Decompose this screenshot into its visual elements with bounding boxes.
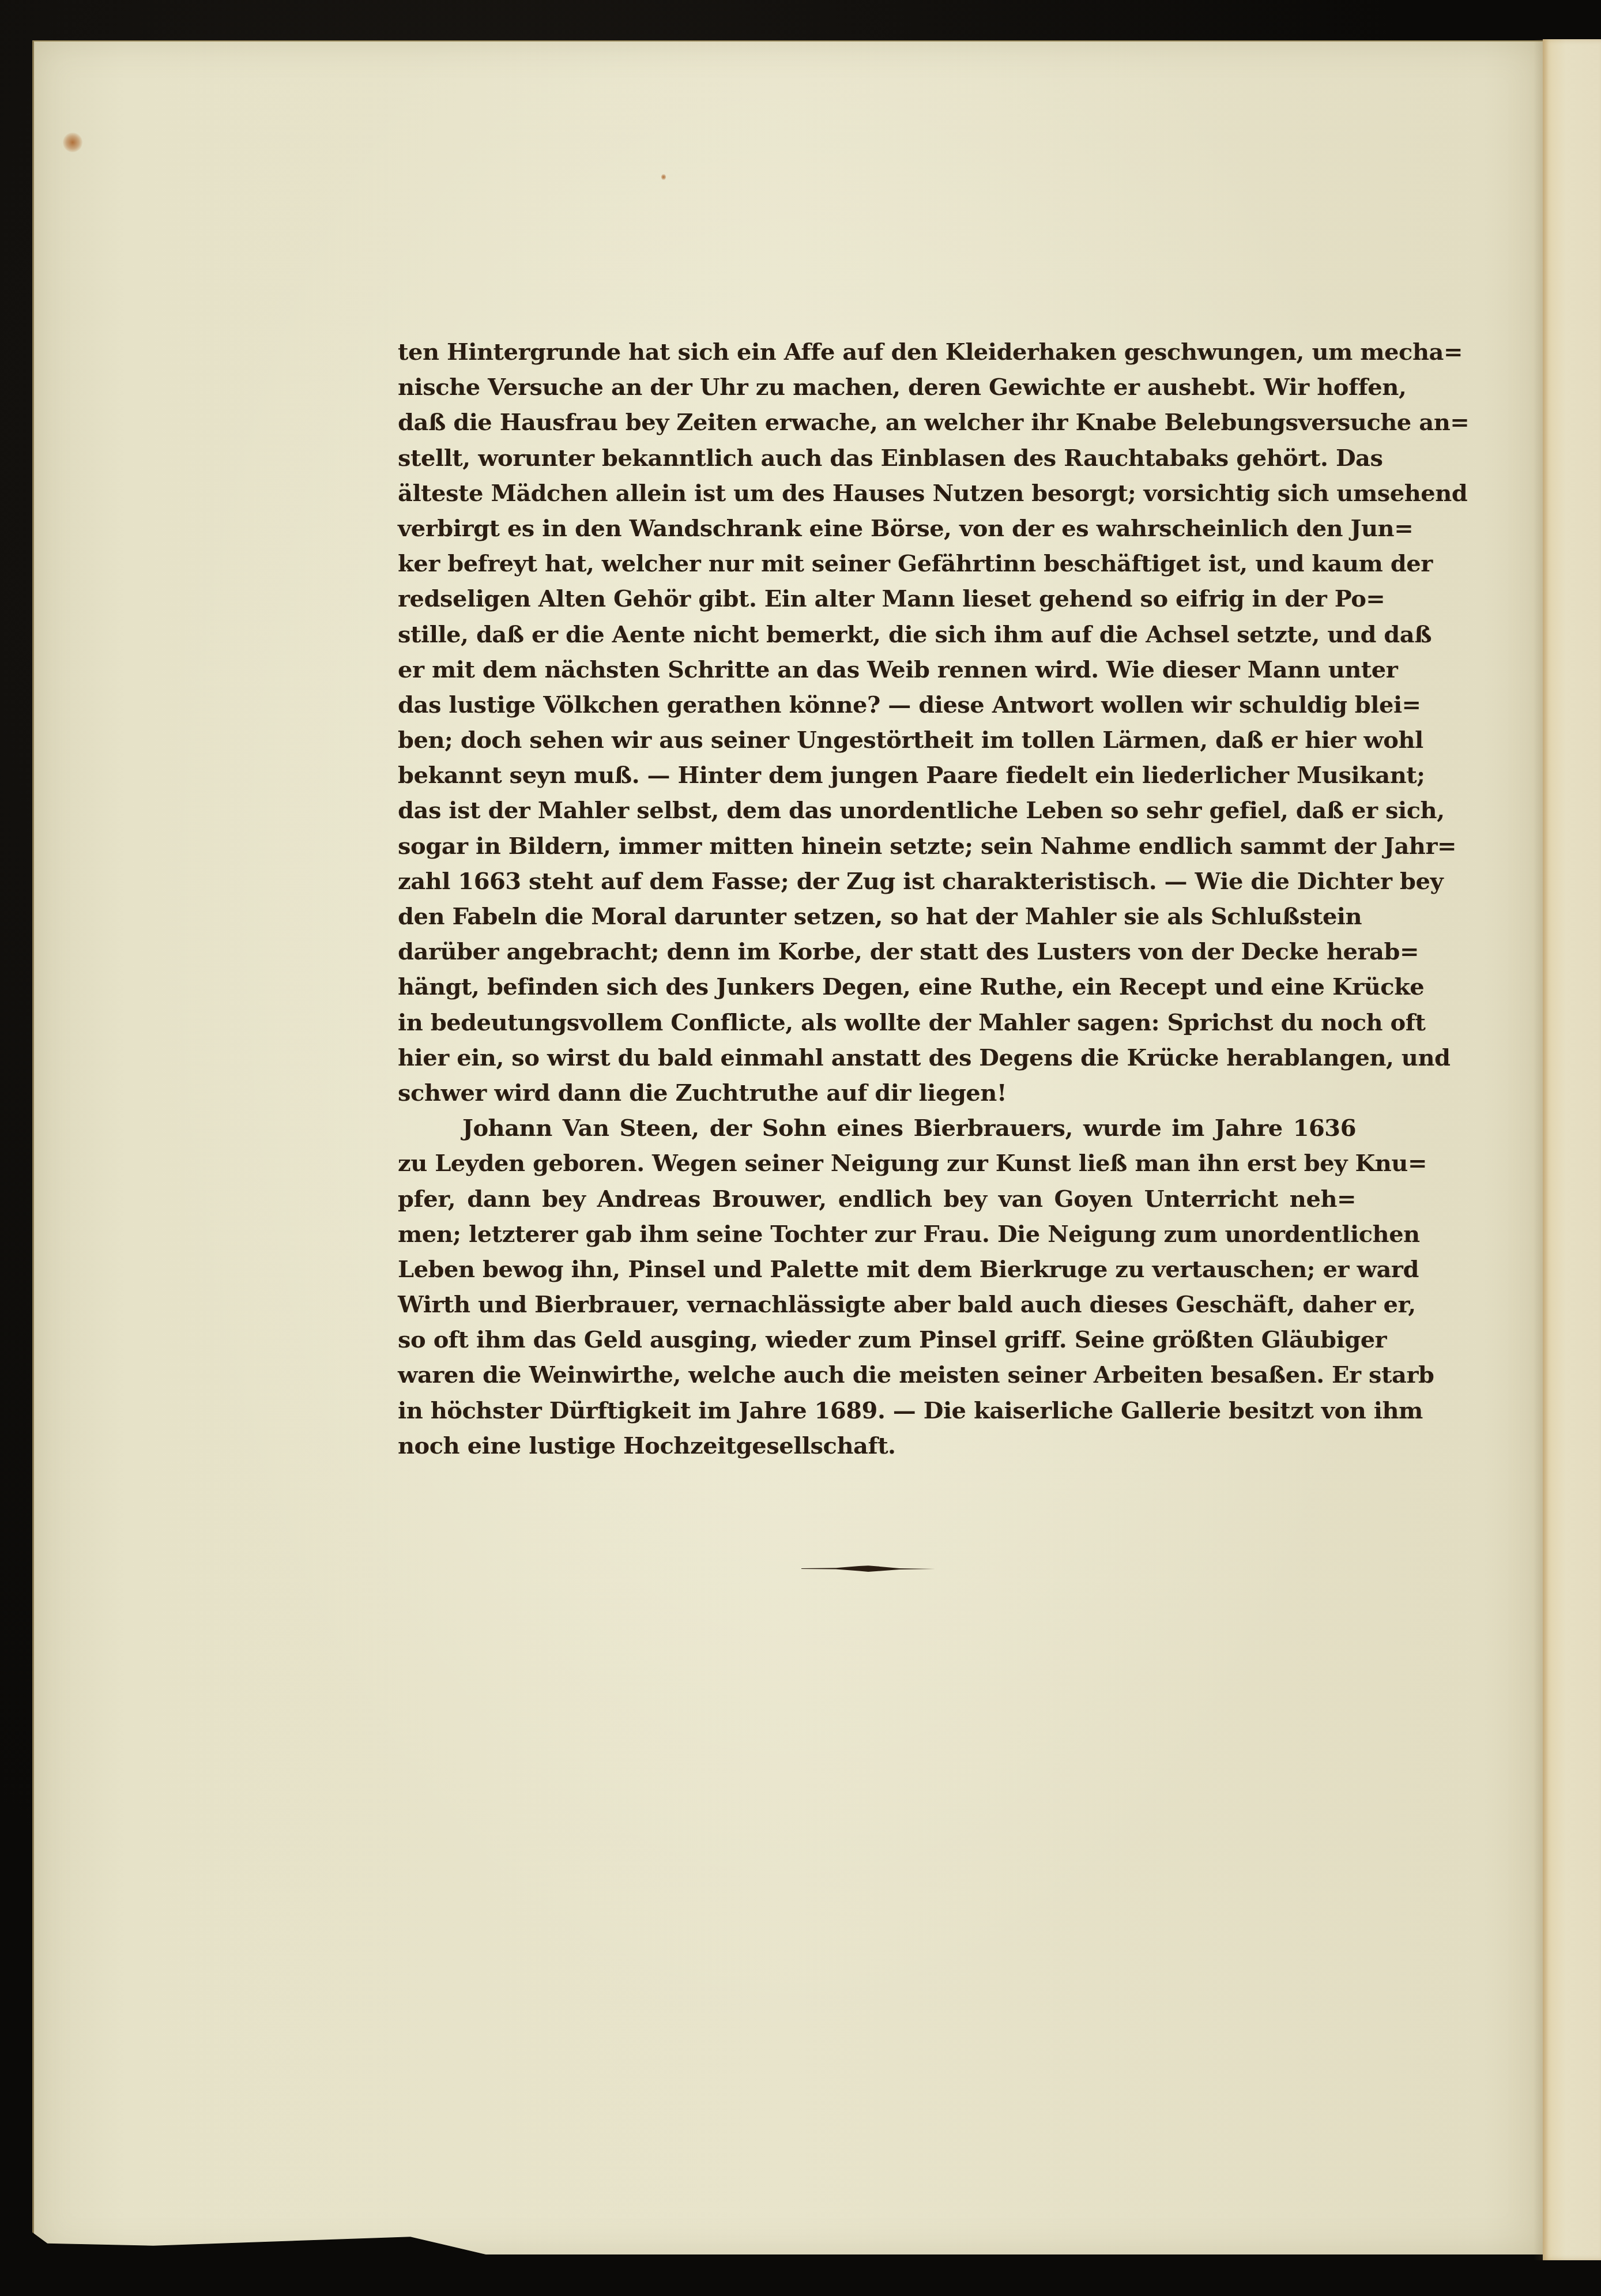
text-line: darüber angebracht; denn im Korbe, der s… [398,934,1356,969]
text-line: daß die Hausfrau bey Zeiten erwache, an … [398,405,1356,440]
text-line: redseligen Alten Gehör gibt. Ein alter M… [398,581,1356,616]
text-line: ten Hintergrunde hat sich ein Affe auf d… [398,334,1356,370]
paragraph-1: ten Hintergrunde hat sich ein Affe auf d… [398,334,1356,1111]
text-line: so oft ihm das Geld ausging, wieder zum … [398,1322,1356,1357]
text-line: hängt, befinden sich des Junkers Degen, … [398,969,1356,1004]
text-line: er mit dem nächsten Schritte an das Weib… [398,652,1356,687]
text-block: ten Hintergrunde hat sich ein Affe auf d… [398,334,1356,1463]
text-line: ker befreyt hat, welcher nur mit seiner … [398,546,1356,581]
text-line: schwer wird dann die Zuchtruthe auf dir … [398,1075,1356,1111]
text-line: das ist der Mahler selbst, dem das unord… [398,793,1356,828]
text-line: men; letzterer gab ihm seine Tochter zur… [398,1217,1356,1252]
text-line: den Fabeln die Moral darunter setzen, so… [398,899,1356,934]
text-line: ben; doch sehen wir aus seiner Ungestört… [398,722,1356,758]
tapered-rule-ornament [801,1564,935,1574]
text-line: Johann Van Steen, der Sohn eines Bierbra… [398,1111,1356,1146]
text-line: zu Leyden geboren. Wegen seiner Neigung … [398,1146,1356,1181]
foxing-stain [661,174,666,180]
text-line: verbirgt es in den Wandschrank eine Börs… [398,511,1356,546]
foxing-stain [63,133,82,152]
text-line: älteste Mädchen allein ist um des Hauses… [398,476,1356,511]
text-line: bekannt seyn muß. — Hinter dem jungen Pa… [398,758,1356,793]
text-line: Wirth und Bierbrauer, vernachlässigte ab… [398,1287,1356,1322]
text-line: das lustige Völkchen gerathen könne? — d… [398,687,1356,722]
paragraph-2: Johann Van Steen, der Sohn eines Bierbra… [398,1111,1356,1463]
text-line: stellt, worunter bekanntlich auch das Ei… [398,441,1356,476]
facing-page-edge [1543,39,1601,2260]
text-line: sogar in Bildern, immer mitten hinein se… [398,829,1356,864]
text-line: pfer, dann bey Andreas Brouwer, endlich … [398,1181,1356,1217]
text-line: stille, daß er die Aente nicht bemerkt, … [398,617,1356,652]
text-line: in bedeutungsvollem Conflicte, als wollt… [398,1005,1356,1040]
text-line: Leben bewog ihn, Pinsel und Palette mit … [398,1252,1356,1287]
text-line: zahl 1663 steht auf dem Fasse; der Zug i… [398,864,1356,899]
text-line: waren die Weinwirthe, welche auch die me… [398,1357,1356,1392]
text-line: hier ein, so wirst du bald einmahl ansta… [398,1040,1356,1075]
text-line: noch eine lustige Hochzeitgesellschaft. [398,1428,1356,1463]
text-line: nische Versuche an der Uhr zu machen, de… [398,370,1356,405]
text-line: in höchster Dürftigkeit im Jahre 1689. —… [398,1393,1356,1428]
